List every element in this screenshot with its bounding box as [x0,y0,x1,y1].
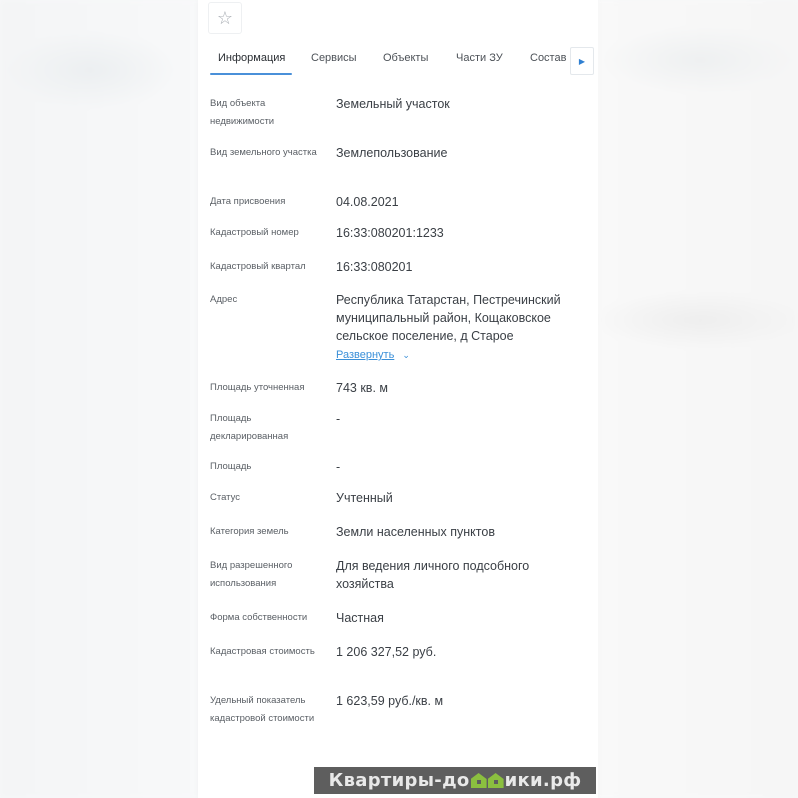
tab-composition[interactable]: Состав [530,52,566,64]
field-value: - [336,410,586,428]
field-value: 1 623,59 руб./кв. м [336,692,586,710]
tab-services[interactable]: Сервисы [311,52,357,64]
field-value: Землепользование [336,144,586,162]
watermark-text-left: Квартиры-до [329,770,470,791]
field-value: Земельный участок [336,95,586,113]
tabs-next-button[interactable]: ▶ [570,47,594,75]
address-text: Республика Татарстан, Пестречинский муни… [336,293,561,343]
field-label: Кадастровая стоимость [210,643,325,661]
field-label: Кадастровый квартал [210,258,325,276]
field-value: 743 кв. м [336,379,586,397]
field-label: Статус [210,489,325,507]
favorite-button[interactable]: ☆ [208,2,242,34]
expand-label: Развернуть [336,349,394,361]
field-label: Вид объекта недвижимости [210,95,325,131]
field-label: Удельный показатель кадастровой стоимост… [210,692,325,728]
field-label: Форма собственности [210,609,325,627]
field-value: Республика Татарстан, Пестречинский муни… [336,291,586,363]
field-value: Частная [336,609,586,627]
field-label: Кадастровый номер [210,224,325,242]
chevron-down-icon: ⌄ [402,347,410,363]
field-label: Категория земель [210,523,325,541]
active-tab-indicator [210,73,292,75]
chevron-right-icon: ▶ [579,57,585,66]
field-value: Учтенный [336,489,586,507]
tab-bar: Информация Сервисы Объекты Части ЗУ Сост… [198,44,598,76]
star-outline-icon: ☆ [217,9,233,27]
field-value: Земли населенных пунктов [336,523,586,541]
field-label: Площадь [210,458,325,476]
tab-information[interactable]: Информация [218,52,285,64]
house-icon [471,773,487,788]
tab-objects[interactable]: Объекты [383,52,428,64]
expand-address-link[interactable]: Развернуть⌄ [336,347,586,363]
field-label: Площадь декларированная [210,410,325,446]
house-icon [488,773,504,788]
field-value: 04.08.2021 [336,193,586,211]
field-label: Вид разрешенного использования [210,557,325,593]
field-label: Площадь уточненная [210,379,325,397]
property-info-panel: ☆ Информация Сервисы Объекты Части ЗУ Со… [198,0,598,798]
field-value: - [336,458,586,476]
watermark-text-right: ики.рф [505,770,582,791]
field-value: 16:33:080201:1233 [336,224,586,242]
field-value: 16:33:080201 [336,258,586,276]
field-label: Адрес [210,291,325,309]
field-label: Вид земельного участка [210,144,325,162]
field-value: 1 206 327,52 руб. [336,643,586,661]
houses-logo-icon [471,773,504,788]
field-label: Дата присвоения [210,193,325,211]
field-value: Для ведения личного подсобного хозяйства [336,557,586,593]
tab-land-parts[interactable]: Части ЗУ [456,52,503,64]
site-watermark: Квартиры-до ики.рф [314,767,596,794]
